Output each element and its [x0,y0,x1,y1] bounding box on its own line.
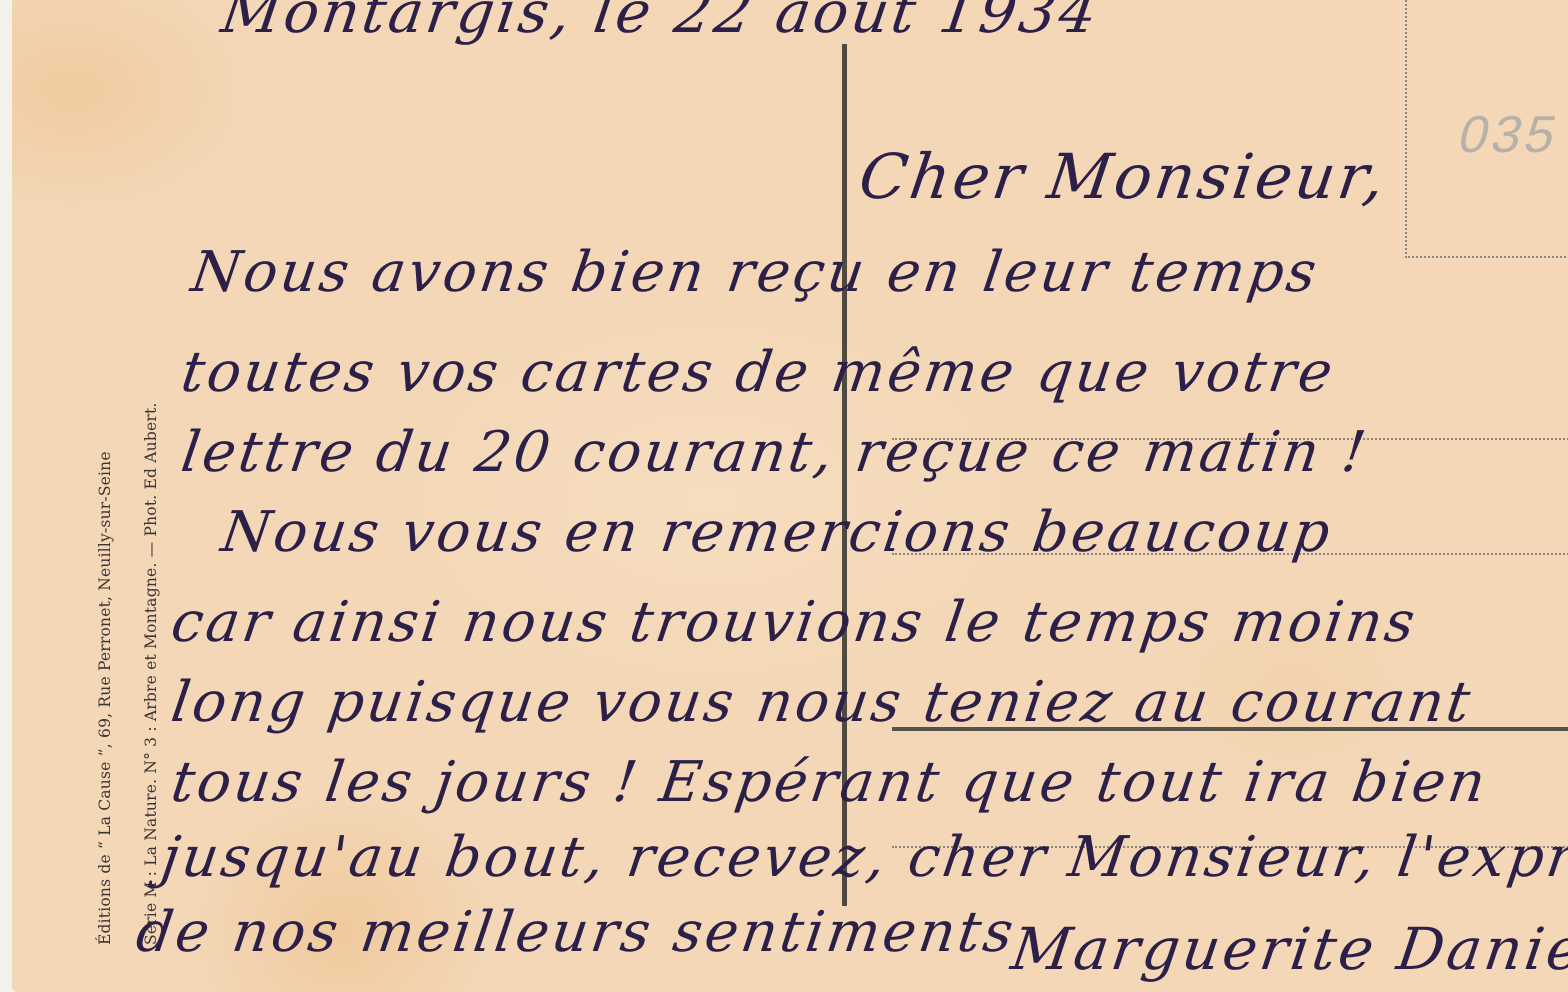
handwritten-greeting: Cher Monsieur, [855,140,1392,213]
handwritten-line: car ainsi nous trouvions le temps moins [167,590,1421,655]
handwritten-place-date: Montargis, le 22 août 1934 [217,0,1104,46]
handwritten-line: toutes vos cartes de même que votre [177,340,1339,405]
pencil-annotation: 035 [1453,105,1567,165]
postcard: Éditions de “ La Cause ”, 69, Rue Perron… [12,0,1568,992]
handwritten-line: Nous avons bien reçu en leur temps [187,240,1323,305]
handwritten-line: jusqu'au bout, recevez, cher Monsieur, l… [157,825,1568,890]
handwritten-line: Nous vous en remercions beaucoup [217,500,1336,565]
handwritten-line: lettre du 20 courant, reçue ce matin ! [177,420,1372,485]
publisher-line-1: Éditions de “ La Cause ”, 69, Rue Perron… [96,451,114,945]
publisher-imprint: Éditions de “ La Cause ”, 69, Rue Perron… [12,0,13,1]
handwritten-line: long puisque vous nous teniez au courant [167,670,1476,735]
handwritten-signature: Marguerite Daniel [1007,915,1568,983]
handwritten-line: tous les jours ! Espérant que tout ira b… [167,750,1492,815]
publisher-line-2: Série M : La Nature. N° 3 : Arbre et Mon… [142,403,160,946]
handwritten-line: de nos meilleurs sentiments [132,900,1020,965]
